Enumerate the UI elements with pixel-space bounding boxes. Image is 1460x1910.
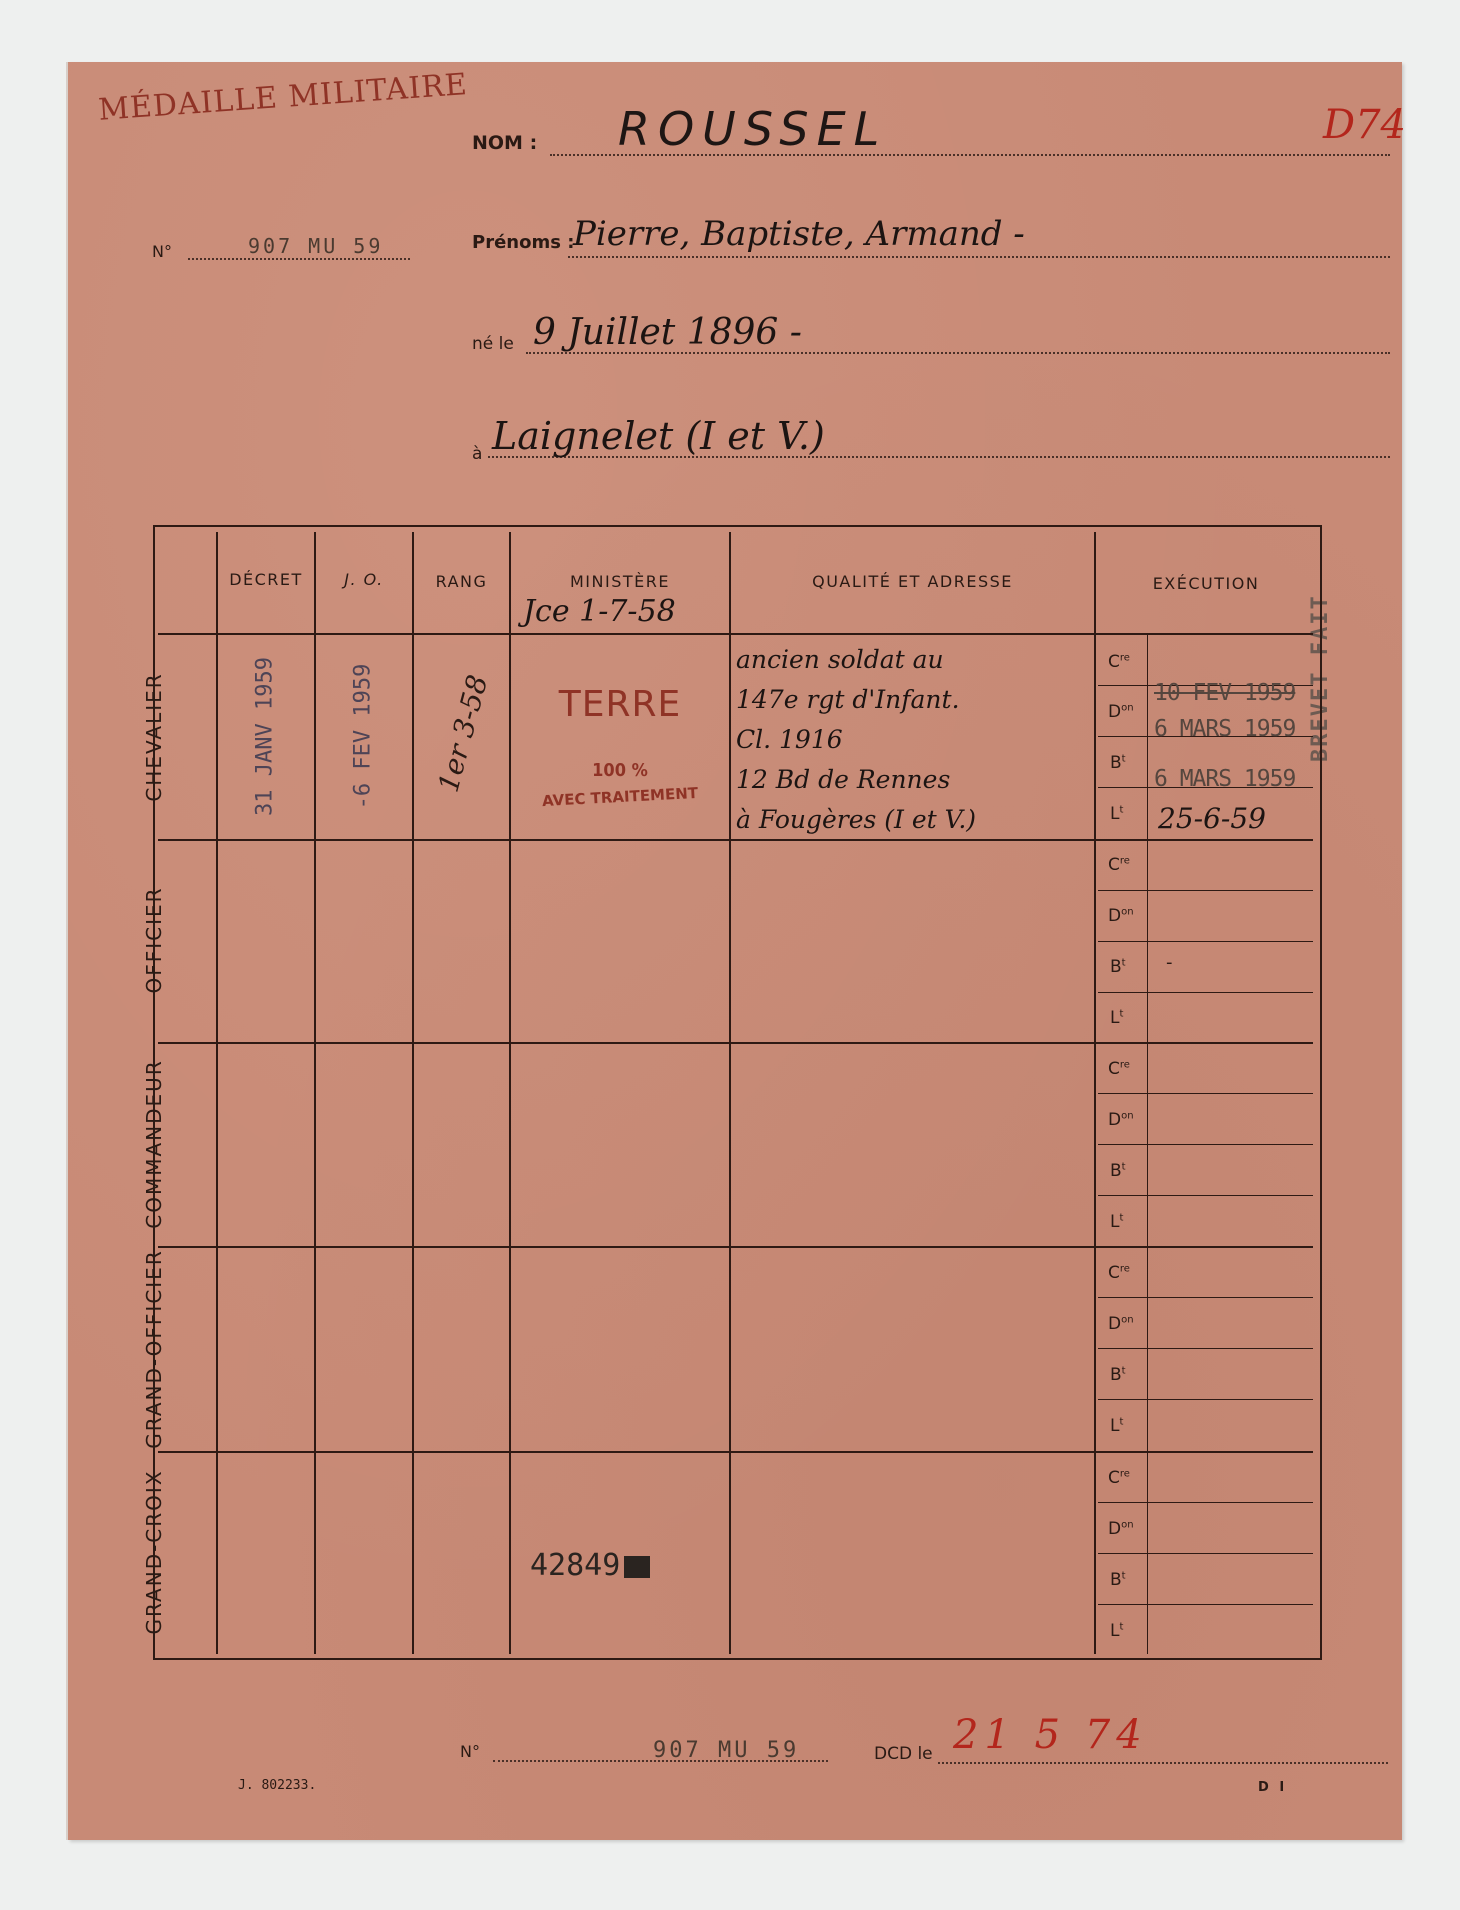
grade-grand-officier: GRAND-OFFICIER (142, 1229, 166, 1469)
numero-label: N° (152, 242, 172, 261)
dcd-line (938, 1762, 1388, 1764)
footer-numero-label: N° (460, 1742, 480, 1761)
exec-label-don: Don (1108, 702, 1134, 722)
medal-record-card: MÉDAILLE MILITAIRE NOM : ROUSSEL D74 N° … (68, 62, 1402, 1840)
exec-label-bt: Bt (1110, 753, 1126, 773)
ne-le-label: né le (472, 334, 514, 354)
exec-label-cre: Cre (1108, 652, 1130, 672)
header-rang: RANG (414, 572, 509, 591)
jo-date-stamp: -6 FEV 1959 (351, 652, 376, 822)
exec-don-date: 6 MARS 1959 (1154, 716, 1295, 742)
terre-stamp: TERRE (511, 684, 729, 725)
qualite-adresse: ancien soldat au 147e rgt d'Infant. Cl. … (736, 640, 1106, 840)
header-ministere: MINISTÈRE (511, 572, 729, 591)
dcd-label: DCD le (874, 1744, 933, 1764)
prenoms-line (568, 256, 1390, 258)
dcd-value: 21 5 74 (953, 1712, 1148, 1758)
section-divider (158, 1042, 1313, 1044)
exec-officier-bt-mark: - (1166, 952, 1173, 973)
exec-lt-date: 25-6-59 (1158, 802, 1266, 835)
grade-commandeur: COMMANDEUR (142, 1034, 166, 1254)
nom-label: NOM : (472, 132, 537, 154)
ne-le-value: 9 Juillet 1896 - (533, 312, 802, 353)
header-qualite: QUALITÉ ET ADRESSE (731, 572, 1094, 591)
prenoms-label: Prénoms : (472, 232, 574, 253)
col-divider (412, 532, 414, 1654)
a-value: Laignelet (I et V.) (492, 414, 825, 458)
section-divider (158, 1451, 1313, 1453)
grade-officier: OFFICIER (142, 850, 166, 1030)
prenoms-value: Pierre, Baptiste, Armand - (573, 214, 1025, 254)
medaille-militaire-stamp: MÉDAILLE MILITAIRE (97, 67, 469, 128)
exec-bt-date: 6 MARS 1959 (1154, 766, 1295, 792)
exec-cre-date: 10 FEV 1959 (1154, 680, 1295, 706)
numero-line (188, 258, 410, 260)
col-divider (216, 532, 218, 1654)
header-divider (158, 633, 1313, 635)
section-divider (158, 1246, 1313, 1248)
header-jo: J. O. (316, 570, 412, 589)
ministere-note: Jce 1-7-58 (523, 594, 676, 629)
header-decret: DÉCRET (218, 570, 314, 589)
form-code: D I (1258, 1780, 1287, 1795)
decret-date-stamp: 31 JANV 1959 (253, 652, 278, 822)
dossier-number: 42849 (530, 1548, 650, 1583)
a-label: à (472, 444, 482, 464)
header-execution: EXÉCUTION (1096, 574, 1316, 593)
grade-chevalier: CHEVALIER (142, 647, 166, 827)
corner-reference: D74 (1323, 102, 1406, 148)
ink-block (624, 1556, 650, 1578)
footer-numero-value: 907 MU 59 (653, 1738, 799, 1763)
pct-stamp: 100 % (511, 760, 729, 781)
grade-grand-croix: GRAND-CROIX (142, 1442, 166, 1662)
col-divider (729, 532, 731, 1654)
col-divider (314, 532, 316, 1654)
print-reference: J. 802233. (238, 1778, 316, 1793)
exec-label-lt: Lt (1110, 804, 1123, 824)
numero-value: 907 MU 59 (248, 234, 383, 258)
nom-value: ROUSSEL (618, 102, 887, 156)
